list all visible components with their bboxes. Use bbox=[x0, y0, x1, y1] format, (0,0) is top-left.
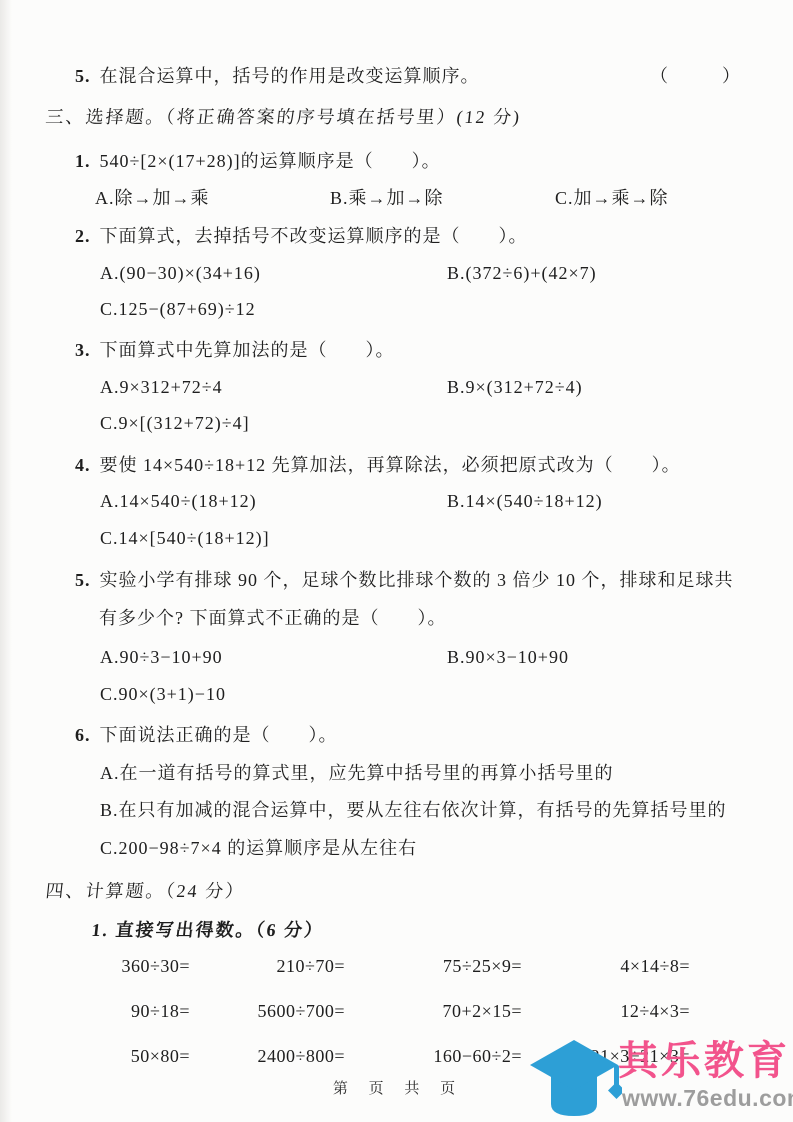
calc-row-1: 360÷30= 210÷70= 75÷25×9= 4×14÷8= bbox=[0, 953, 793, 981]
question-5-options-ab: A.90÷3−10+90 B.90×3−10+90 bbox=[0, 644, 793, 672]
question-6-option-c: C.200−98÷7×4 的运算顺序是从左往右 bbox=[0, 835, 793, 863]
question-3-option-c: C.9×[(312+72)÷4] bbox=[0, 410, 793, 438]
calc-row-2: 90÷18= 5600÷700= 70+2×15= 12÷4×3= bbox=[0, 998, 793, 1026]
tf-item: 5.在混合运算中，括号的作用是改变运算顺序。 （ ） bbox=[0, 63, 793, 91]
option-b: B.90×3−10+90 bbox=[447, 644, 569, 670]
calc-expression: 12÷4×3= bbox=[620, 998, 690, 1024]
option-b: B.乘→加→除 bbox=[330, 185, 444, 211]
question-6-number: 6. bbox=[75, 725, 91, 745]
question-4: 4.要使 14×540÷18+12 先算加法，再算除法，必须把原式改为（ ）。 bbox=[0, 452, 793, 480]
question-3-text: 下面算式中先算加法的是（ ）。 bbox=[100, 340, 395, 360]
option-a: A.在一道有括号的算式里，应先算中括号里的再算小括号里的 bbox=[100, 763, 614, 783]
calc-expression: 2400÷800= bbox=[257, 1043, 345, 1069]
question-1-number: 1. bbox=[75, 151, 91, 171]
question-4-text: 要使 14×540÷18+12 先算加法，再算除法，必须把原式改为（ ）。 bbox=[100, 455, 681, 475]
watermark-brand-text: 其乐教育 bbox=[618, 1038, 790, 1084]
option-c: C.125−(87+69)÷12 bbox=[100, 299, 256, 319]
question-3-number: 3. bbox=[75, 340, 91, 360]
option-c: C.加→乘→除 bbox=[555, 185, 669, 211]
tf-item-number: 5. bbox=[75, 66, 91, 86]
option-a: A.14×540÷(18+12) bbox=[100, 488, 257, 514]
calc-expression: 5600÷700= bbox=[257, 998, 345, 1024]
question-2: 2.下面算式，去掉括号不改变运算顺序的是（ ）。 bbox=[0, 223, 793, 251]
question-5-option-c: C.90×(3+1)−10 bbox=[0, 681, 793, 709]
section-title-calc: 四、计算题。（24 分） bbox=[0, 878, 793, 906]
graduation-cap-icon bbox=[526, 1038, 622, 1122]
question-1-options: A.除→加→乘 B.乘→加→除 C.加→乘→除 bbox=[0, 185, 793, 213]
option-b: B.(372÷6)+(42×7) bbox=[447, 260, 597, 286]
worksheet-page: 5.在混合运算中，括号的作用是改变运算顺序。 （ ） 三、选择题。（将正确答案的… bbox=[0, 0, 793, 1122]
calc-subtitle: 1. 直接写出得数。（6 分） bbox=[0, 917, 793, 945]
calc-expression: 75÷25×9= bbox=[443, 953, 522, 979]
question-2-option-c: C.125−(87+69)÷12 bbox=[0, 296, 793, 324]
option-c: C.14×[540÷(18+12)] bbox=[100, 528, 270, 548]
option-a: A.9×312+72÷4 bbox=[100, 374, 223, 400]
question-6: 6.下面说法正确的是（ ）。 bbox=[0, 722, 793, 750]
option-a: A.(90−30)×(34+16) bbox=[100, 260, 261, 286]
section-title-choice: 三、选择题。（将正确答案的序号填在括号里）(12 分) bbox=[0, 104, 793, 132]
question-2-text: 下面算式，去掉括号不改变运算顺序的是（ ）。 bbox=[100, 226, 528, 246]
question-6-text: 下面说法正确的是（ ）。 bbox=[100, 725, 338, 745]
question-5-text-line2: 有多少个? 下面算式不正确的是（ ）。 bbox=[0, 605, 793, 633]
question-3: 3.下面算式中先算加法的是（ ）。 bbox=[0, 337, 793, 365]
question-5: 5.实验小学有排球 90 个，足球个数比排球个数的 3 倍少 10 个，排球和足… bbox=[0, 567, 793, 595]
question-6-option-a: A.在一道有括号的算式里，应先算中括号里的再算小括号里的 bbox=[0, 760, 793, 788]
question-4-option-c: C.14×[540÷(18+12)] bbox=[0, 525, 793, 553]
question-3-options-ab: A.9×312+72÷4 B.9×(312+72÷4) bbox=[0, 374, 793, 402]
question-4-number: 4. bbox=[75, 455, 91, 475]
calc-expression: 50×80= bbox=[131, 1043, 190, 1069]
watermark: 其乐教育 www.76edu.com bbox=[526, 1036, 793, 1122]
option-b: B.14×(540÷18+12) bbox=[447, 488, 603, 514]
answer-blank: （ ） bbox=[650, 63, 740, 89]
calc-expression: 210÷70= bbox=[276, 953, 345, 979]
question-5-text-line1: 实验小学有排球 90 个，足球个数比排球个数的 3 倍少 10 个，排球和足球共 bbox=[100, 570, 734, 590]
calc-expression: 360÷30= bbox=[121, 953, 190, 979]
calc-expression: 70+2×15= bbox=[443, 998, 522, 1024]
question-4-options-ab: A.14×540÷(18+12) B.14×(540÷18+12) bbox=[0, 488, 793, 516]
option-b: B.在只有加减的混合运算中，要从左往右依次计算，有括号的先算括号里的 bbox=[100, 800, 727, 820]
option-b: B.9×(312+72÷4) bbox=[447, 374, 583, 400]
watermark-url-text: www.76edu.com bbox=[622, 1084, 793, 1112]
option-a: A.除→加→乘 bbox=[95, 185, 210, 211]
question-1: 1.540÷[2×(17+28)]的运算顺序是（ ）。 bbox=[0, 148, 793, 176]
calc-expression: 90÷18= bbox=[131, 998, 190, 1024]
option-c: C.90×(3+1)−10 bbox=[100, 684, 226, 704]
calc-expression: 160−60÷2= bbox=[433, 1043, 522, 1069]
question-6-option-b: B.在只有加减的混合运算中，要从左往右依次计算，有括号的先算括号里的 bbox=[0, 797, 793, 825]
question-1-text: 540÷[2×(17+28)]的运算顺序是（ ）。 bbox=[100, 151, 441, 171]
calc-expression: 4×14÷8= bbox=[620, 953, 690, 979]
question-5-number: 5. bbox=[75, 570, 91, 590]
option-c: C.200−98÷7×4 的运算顺序是从左往右 bbox=[100, 838, 417, 858]
question-2-options-ab: A.(90−30)×(34+16) B.(372÷6)+(42×7) bbox=[0, 260, 793, 288]
option-c: C.9×[(312+72)÷4] bbox=[100, 413, 250, 433]
option-a: A.90÷3−10+90 bbox=[100, 644, 223, 670]
question-2-number: 2. bbox=[75, 226, 91, 246]
tf-item-text: 在混合运算中，括号的作用是改变运算顺序。 bbox=[100, 66, 480, 86]
